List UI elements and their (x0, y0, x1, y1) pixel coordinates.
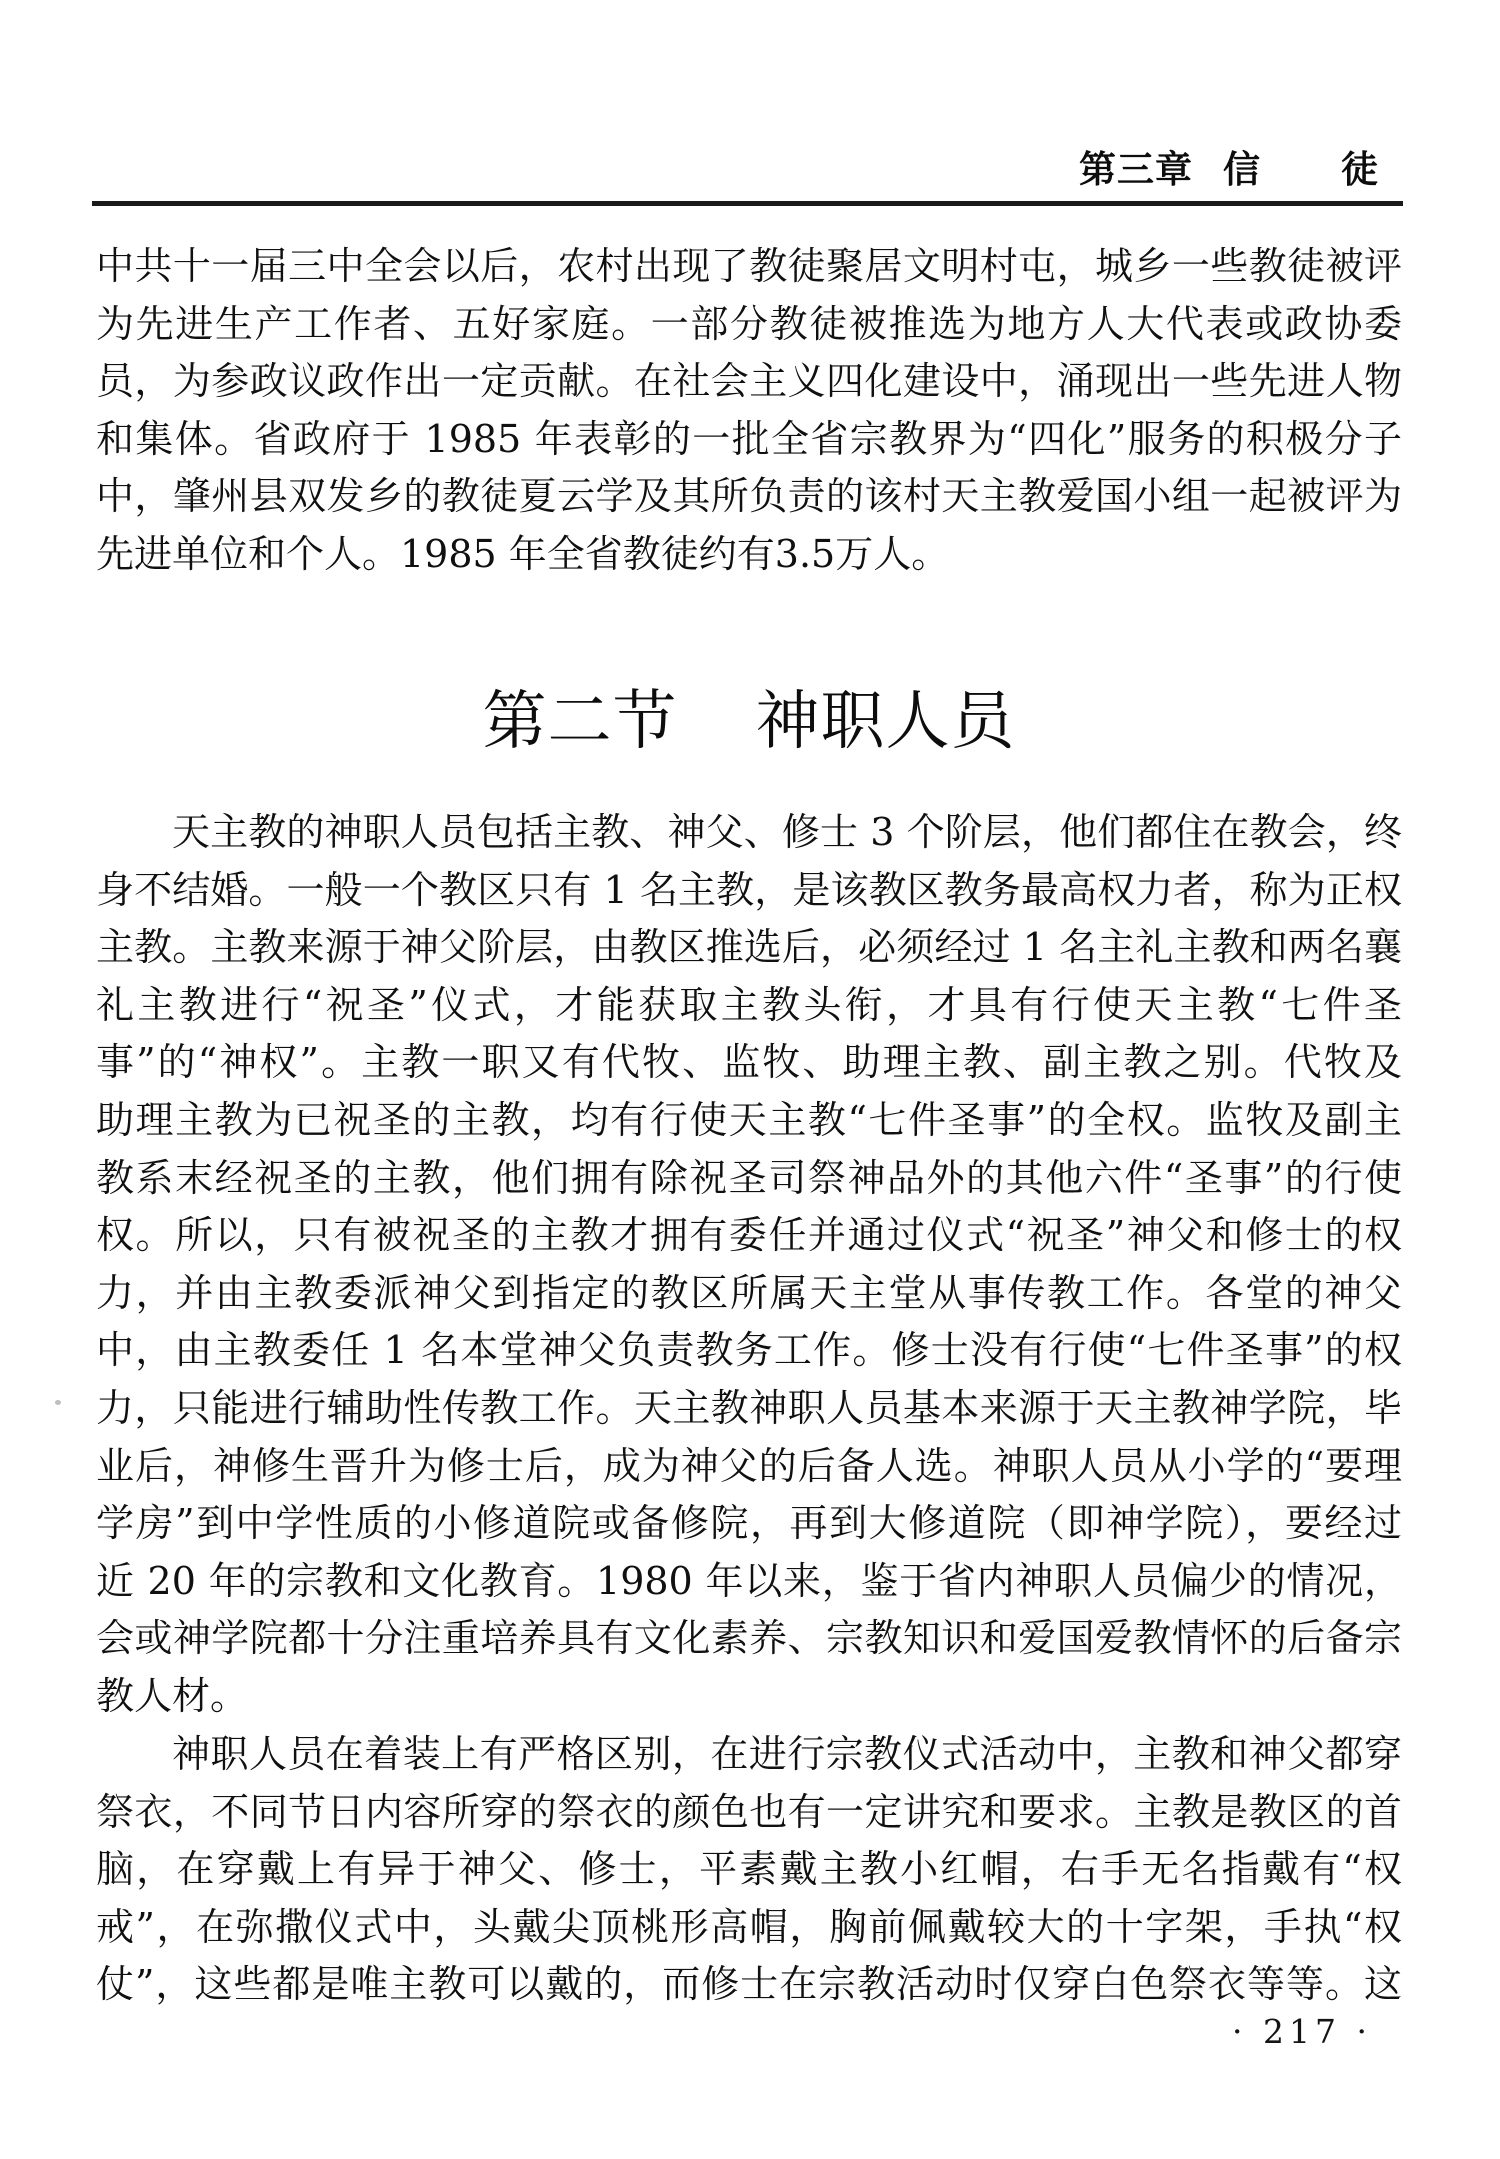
section-title: 第二节神职人员 (96, 690, 1402, 754)
text-line: 仗”，这些都是唯主教可以戴的，而修士在宗教活动时仅穿白色祭衣等等。这 (96, 1956, 1402, 2014)
text-line: 中，肇州县双发乡的教徒夏云学及其所负责的该村天主教爱国小组一起被评为 (96, 468, 1402, 526)
text-line: 力，只能进行辅助性传教工作。天主教神职人员基本来源于天主教神学院，毕 (96, 1380, 1402, 1438)
scan-speck (55, 1400, 61, 1405)
text-line: 脑，在穿戴上有异于神父、修士，平素戴主教小红帽，右手无名指戴有“权 (96, 1841, 1402, 1899)
running-header: 第三章信徒 (96, 148, 1379, 192)
text-line: 权。所以，只有被祝圣的主教才拥有委任并通过仪式“祝圣”神父和修士的权 (96, 1207, 1402, 1265)
text-line: 祭衣，不同节日内容所穿的祭衣的颜色也有一定讲究和要求。主教是教区的首 (96, 1784, 1402, 1842)
chapter-title-char-2: 徒 (1341, 148, 1379, 192)
text-line: 助理主教为已祝圣的主教，均有行使天主教“七件圣事”的全权。监牧及副主 (96, 1092, 1402, 1150)
text-line: 业后，神修生晋升为修士后，成为神父的后备人选。神职人员从小学的“要理 (96, 1438, 1402, 1496)
text-line: 中，由主教委任 1 名本堂神父负责教务工作。修士没有行使“七件圣事”的权 (96, 1322, 1402, 1380)
chapter-title-char-1: 信 (1223, 148, 1261, 192)
text-line: 神职人员在着装上有严格区别，在进行宗教仪式活动中，主教和神父都穿 (96, 1726, 1402, 1784)
paragraph-clergy-structure: 天主教的神职人员包括主教、神父、修士 3 个阶层，他们都住在教会，终身不结婚。一… (96, 804, 1402, 1726)
text-line: 近 20 年的宗教和文化教育。1980 年以来，鉴于省内神职人员偏少的情况，教 (96, 1553, 1402, 1611)
text-line: 中共十一届三中全会以后，农村出现了教徒聚居文明村屯，城乡一些教徒被评 (96, 238, 1402, 296)
text-line: 先进单位和个人。1985 年全省教徒约有3.5万人。 (96, 526, 1402, 584)
section-number: 第二节 (483, 685, 678, 759)
text-line: 力，并由主教委派神父到指定的教区所属天主堂从事传教工作。各堂的神父 (96, 1265, 1402, 1323)
text-line: 和集体。省政府于 1985 年表彰的一批全省宗教界为“四化”服务的积极分子 (96, 411, 1402, 469)
text-line: 教系末经祝圣的主教，他们拥有除祝圣司祭神品外的其他六件“圣事”的行使 (96, 1150, 1402, 1208)
paragraph-clergy-attire: 神职人员在着装上有严格区别，在进行宗教仪式活动中，主教和神父都穿祭衣，不同节日内… (96, 1726, 1402, 2014)
paragraph-continuation: 中共十一届三中全会以后，农村出现了教徒聚居文明村屯，城乡一些教徒被评为先进生产工… (96, 238, 1402, 584)
text-line: 会或神学院都十分注重培养具有文化素养、宗教知识和爱国爱教情怀的后备宗 (96, 1610, 1402, 1668)
text-line: 教人材。 (96, 1668, 1402, 1726)
text-line: 天主教的神职人员包括主教、神父、修士 3 个阶层，他们都住在教会，终 (96, 804, 1402, 862)
text-line: 员，为参政议政作出一定贡献。在社会主义四化建设中，涌现出一些先进人物 (96, 353, 1402, 411)
text-line: 戒”，在弥撒仪式中，头戴尖顶桃形高帽，胸前佩戴较大的十字架，手执“权 (96, 1899, 1402, 1957)
chapter-label: 第三章 (1079, 148, 1193, 192)
page-number: · 217 · (96, 2012, 1372, 2052)
header-rule (92, 201, 1403, 206)
text-line: 事”的“神权”。主教一职又有代牧、监牧、助理主教、副主教之别。代牧及 (96, 1034, 1402, 1092)
text-line: 礼主教进行“祝圣”仪式，才能获取主教头衔，才具有行使天主教“七件圣 (96, 977, 1402, 1035)
section-name: 神职人员 (756, 685, 1016, 759)
text-line: 为先进生产工作者、五好家庭。一部分教徒被推选为地方人大代表或政协委 (96, 296, 1402, 354)
book-page: 第三章信徒 中共十一届三中全会以后，农村出现了教徒聚居文明村屯，城乡一些教徒被评… (0, 0, 1500, 2159)
text-line: 学房”到中学性质的小修道院或备修院，再到大修道院（即神学院），要经过 (96, 1495, 1402, 1553)
text-line: 身不结婚。一般一个教区只有 1 名主教，是该教区教务最高权力者，称为正权 (96, 862, 1402, 920)
text-line: 主教。主教来源于神父阶层，由教区推选后，必须经过 1 名主礼主教和两名襄 (96, 919, 1402, 977)
